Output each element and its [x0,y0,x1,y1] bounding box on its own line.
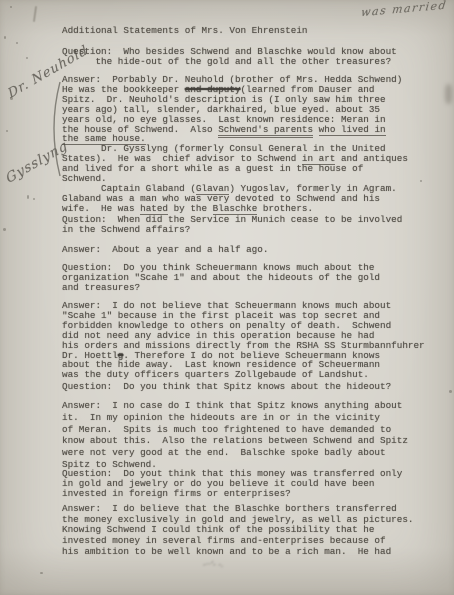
underlined-text: hated [140,203,168,215]
question-paragraph: Question: Do you think that Spitz knows … [62,382,391,392]
underlined-text: Blaschke [213,203,258,215]
typed-line: of Meran. Spits is much too frightened t… [62,424,408,436]
speck [170,265,172,267]
typed-line: wife. He was hated by the Blaschke broth… [62,204,408,214]
typed-line: the hide-out of the gold and all the oth… [62,57,397,67]
speck [33,198,35,200]
answer-paragraph: Answer: About a year and a half ago. [62,245,268,255]
answer-paragraph: Answer: Porbably Dr. Neuhold (brother of… [62,75,408,214]
answer-paragraph: Answer: I do believe that the Blaschke b… [62,504,413,558]
speck [40,572,43,574]
page-title: Additional Statements of Mrs. Von Ehrens… [62,25,307,36]
typed-text: Additional Statements of Mrs. Von Ehrens… [62,0,450,595]
typed-line: his ambition to be well known and to be … [62,547,413,558]
question-paragraph: Qustion: When did the Service in Munich … [62,215,402,235]
underlined-text: Schwend's parents [218,124,313,138]
speck [26,57,28,59]
speck [420,180,422,182]
typed-line: were not very good at the end. Balschke … [62,447,408,459]
pencil-scratch [33,6,37,22]
speck [449,390,452,393]
typed-line: was the duty officers quarters Zollgebau… [62,370,425,380]
typed-line: Question: Do you think that Spitz knows … [62,382,391,392]
speck [3,228,6,231]
question-paragraph: Question: Do yout think that this money … [62,469,402,499]
typed-line: Answer: About a year and a half ago. [62,245,268,255]
typed-line: it. In my opinion the hideouts are in or… [62,412,408,424]
typed-line: invested in foreign firms or enterprises… [62,489,402,499]
speck [10,6,12,8]
speck [27,195,29,199]
speck [6,130,8,132]
typed-line: in the Schwend affairs? [62,225,402,235]
typed-line: and lived for a short while as a guest i… [62,164,408,174]
answer-paragraph: Answer: I no case do I think that Spitz … [62,400,408,471]
handwritten-bracket [47,80,63,178]
speck [10,97,13,100]
question-paragraph: Question: Who besides Schwend and Blasch… [62,47,397,67]
answer-paragraph: Answer: I do not believe that Scheuerman… [62,301,425,380]
typed-line: and treasures? [62,283,380,293]
speck [16,42,18,44]
speck [4,36,6,39]
bottom-smudge: -··'- -. [202,560,252,570]
typed-line: Answer: I no case do I think that Spitz … [62,400,408,412]
typed-line: know about this. Also the relations betw… [62,435,408,447]
edge-smudge [445,84,452,104]
document-page: was married Dr. Neuhold Gysslyng Additio… [0,0,454,595]
underlined-text: who lived in [319,124,386,136]
question-paragraph: Question: Do you think Scheuermann knows… [62,263,380,293]
